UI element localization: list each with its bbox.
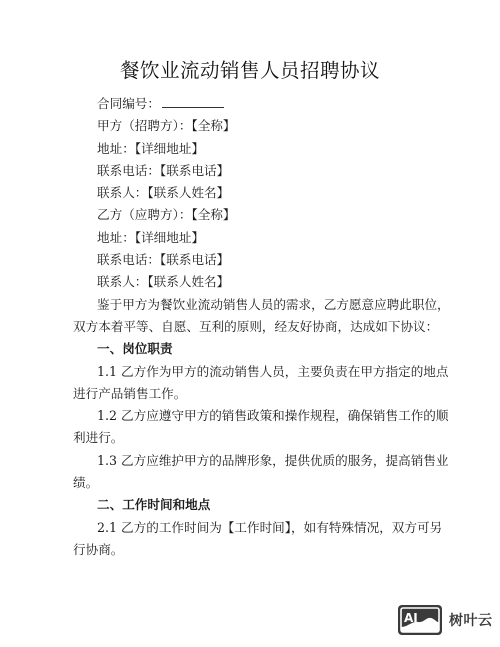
party-b-address: 地址：【详细地址】 bbox=[73, 227, 433, 249]
contract-number-label: 合同编号： bbox=[97, 96, 160, 111]
clause-1-2-line-2: 利进行。 bbox=[73, 427, 433, 449]
contract-number-blank bbox=[162, 95, 224, 108]
party-a-heading: 甲方（招聘方）：【全称】 bbox=[73, 115, 433, 137]
preamble-line-1: 鉴于甲方为餐饮业流动销售人员的需求，乙方愿意应聘此职位， bbox=[73, 294, 433, 316]
section-heading-time-place: 二、工作时间和地点 bbox=[73, 494, 433, 516]
clause-1-2-line-1: 1.2 乙方应遵守甲方的销售政策和操作规程，确保销售工作的顺 bbox=[73, 405, 433, 427]
party-b-phone: 联系电话：【联系电话】 bbox=[73, 249, 433, 271]
clause-1-1-line-2: 进行产品销售工作。 bbox=[73, 383, 433, 405]
clause-2-1-line-1: 2.1 乙方的工作时间为【工作时间】，如有特殊情况，双方可另 bbox=[73, 517, 433, 539]
document-title: 餐饮业流动销售人员招聘协议 bbox=[0, 58, 500, 84]
watermark: AI 树叶云 bbox=[398, 604, 493, 636]
document-body: 合同编号： 甲方（招聘方）：【全称】 地址：【详细地址】 联系电话：【联系电话】… bbox=[73, 93, 433, 561]
ai-logo-icon: AI bbox=[398, 605, 442, 635]
document-page: 餐饮业流动销售人员招聘协议 合同编号： 甲方（招聘方）：【全称】 地址：【详细地… bbox=[0, 0, 500, 647]
party-a-address: 地址：【详细地址】 bbox=[73, 138, 433, 160]
party-b-contact: 联系人：【联系人姓名】 bbox=[73, 271, 433, 293]
preamble-line-2: 双方本着平等、自愿、互利的原则，经友好协商，达成如下协议： bbox=[73, 316, 433, 338]
party-a-phone: 联系电话：【联系电话】 bbox=[73, 160, 433, 182]
watermark-brand: 树叶云 bbox=[449, 610, 493, 630]
clause-1-1-line-1: 1.1 乙方作为甲方的流动销售人员，主要负责在甲方指定的地点 bbox=[73, 361, 433, 383]
section-heading-duties: 一、岗位职责 bbox=[73, 338, 433, 360]
clause-1-3-line-2: 绩。 bbox=[73, 472, 433, 494]
clause-2-1-line-2: 行协商。 bbox=[73, 539, 433, 561]
party-a-contact: 联系人：【联系人姓名】 bbox=[73, 182, 433, 204]
contract-number-line: 合同编号： bbox=[73, 93, 433, 115]
party-b-heading: 乙方（应聘方）：【全称】 bbox=[73, 204, 433, 226]
clause-1-3-line-1: 1.3 乙方应维护甲方的品牌形象，提供优质的服务，提高销售业 bbox=[73, 450, 433, 472]
